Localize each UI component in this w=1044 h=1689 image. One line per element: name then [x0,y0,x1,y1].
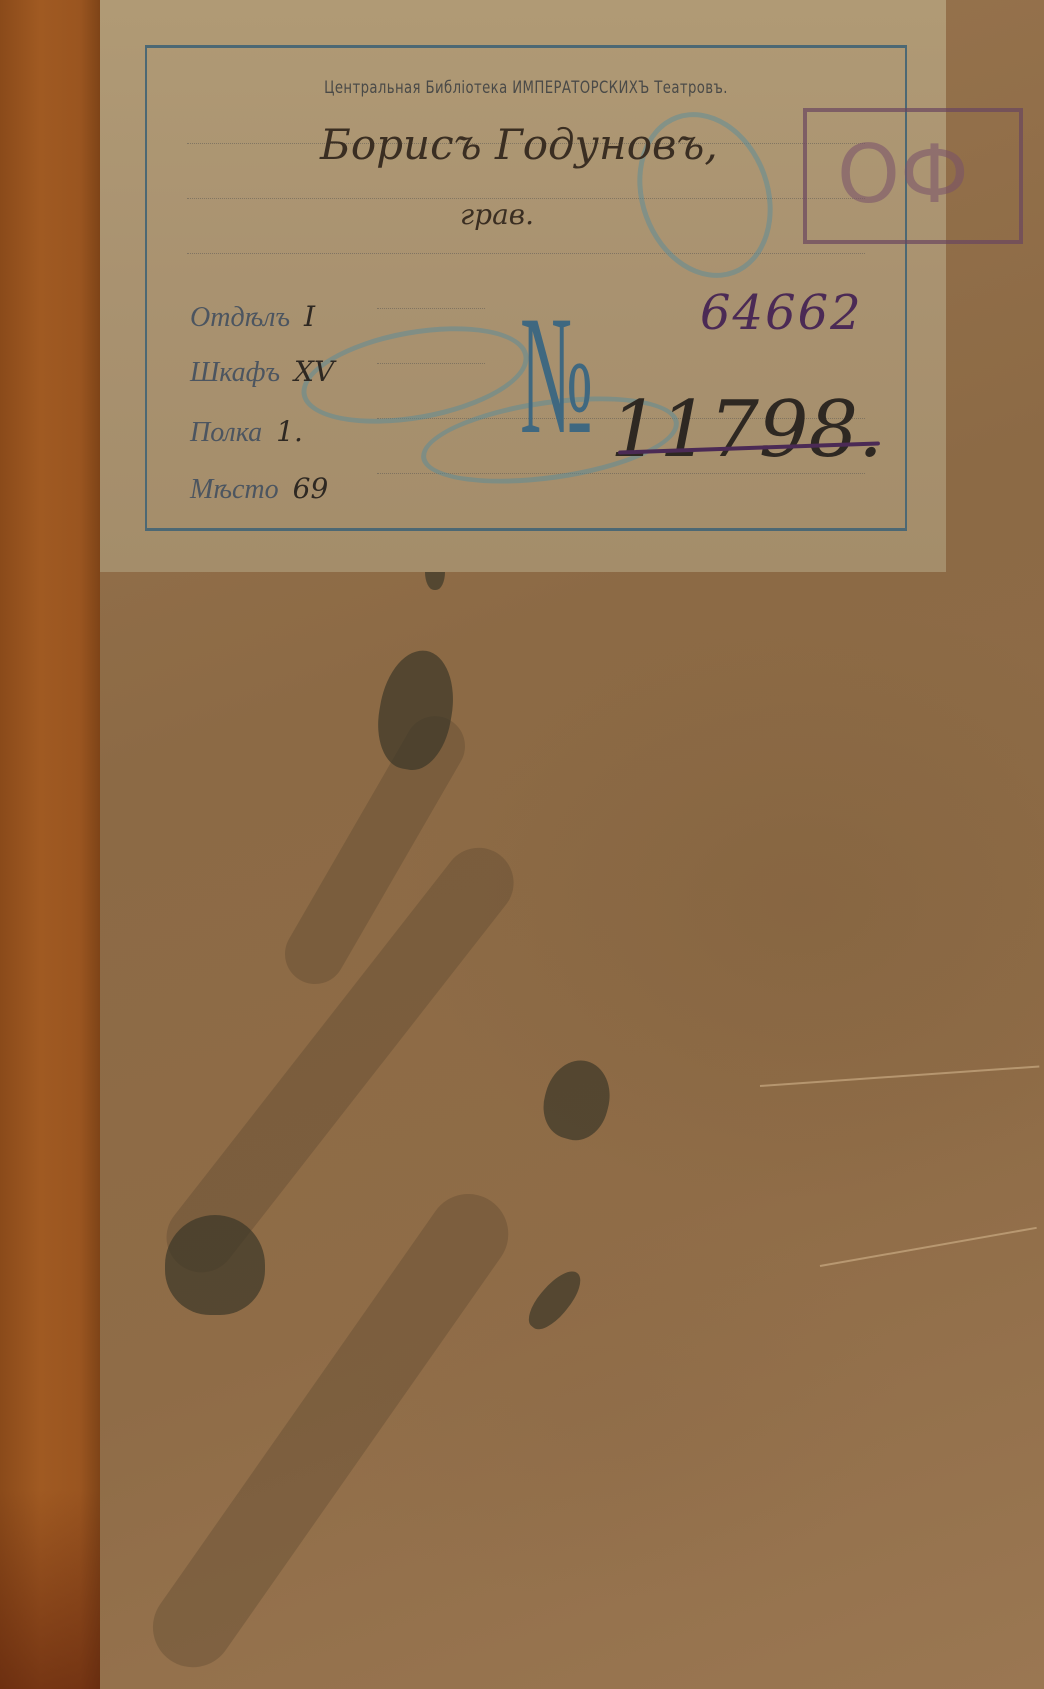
field-otdel: ОтдѣлъI [190,300,315,334]
field-value: 69 [293,472,329,505]
library-header: Центральная Библіотека ИМПЕРАТОРСКИХЪ Те… [230,78,821,98]
field-label: Полка [190,417,262,448]
field-value: I [304,300,315,333]
number-sign: № [520,290,593,460]
field-mesto: Мѣсто69 [190,472,328,506]
library-stamp: ОФ [803,108,1023,244]
book-spine [0,0,100,1689]
field-polka: Полка1. [190,415,303,449]
field-shkaf: ШкафъXV [190,355,334,389]
dotted-rule [187,253,865,254]
field-value: XV [294,355,334,388]
dotted-rule [377,308,485,309]
old-number: 11798. [610,385,883,475]
field-label: Отдѣлъ [190,302,290,333]
field-value: 1. [276,415,303,448]
book-title: Борисъ Годуновъ, [320,120,718,169]
stamp-text: ОФ [837,128,969,221]
inventory-number: 64662 [700,285,863,341]
book-subtitle: грав. [460,198,534,231]
field-label: Мѣсто [190,474,279,505]
ink-blot [165,1215,265,1315]
field-label: Шкафъ [190,357,280,388]
